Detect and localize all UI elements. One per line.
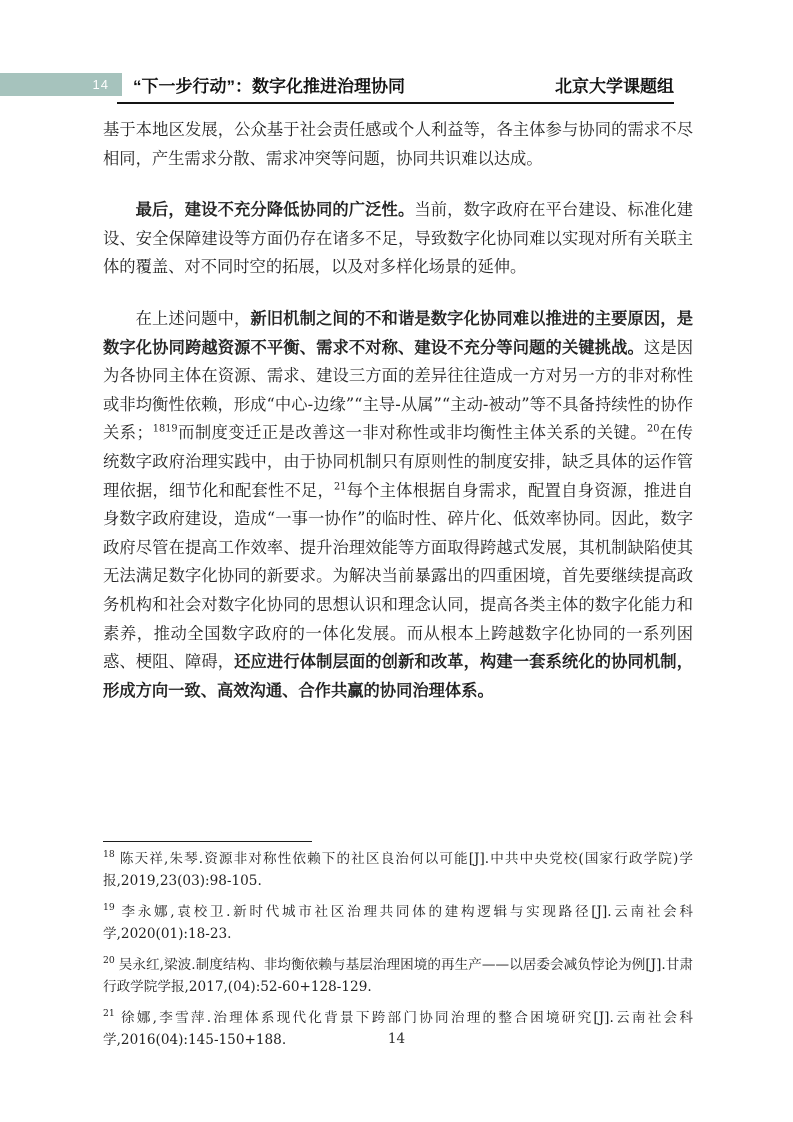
footnote-20-text: 吴永红,梁波.制度结构、非均衡依赖与基层治理困境的再生产——以居委会减负悖论为例… <box>103 957 693 995</box>
footnote-20: 20吴永红,梁波.制度结构、非均衡依赖与基层治理困境的再生产——以居委会减负悖论… <box>103 955 693 998</box>
footnote-18-number: 18 <box>103 849 115 860</box>
footer-page-number: 14 <box>0 1031 793 1047</box>
footnote-20-number: 20 <box>103 955 115 966</box>
header-right-title: 北京大学课题组 <box>555 76 674 98</box>
paragraph-continuation: 基于本地区发展，公众基于社会责任感或个人利益等，各主体参与协同的需求不尽相同，产… <box>103 116 693 173</box>
footnote-19-number: 19 <box>103 902 115 913</box>
paragraph-insufficient-construction: 最后，建设不充分降低协同的广泛性。当前，数字政府在平台建设、标准化建设、安全保障… <box>103 196 693 282</box>
header-divider <box>117 102 674 104</box>
paragraph-mechanism-analysis: 在上述问题中，新旧机制之间的不和谐是数字化协同难以推进的主要原因，是数字化协同跨… <box>103 305 693 705</box>
footnote-18: 18陈天祥,朱琴.资源非对称性依赖下的社区良治何以可能[J].中共中央党校(国家… <box>103 849 693 892</box>
document-page: 14 “下一步行动”：数字化推进治理协同 北京大学课题组 基于本地区发展，公众基… <box>0 0 793 1122</box>
footnote-19: 19李永娜,袁校卫.新时代城市社区治理共同体的建构逻辑与实现路径[J].云南社会… <box>103 902 693 945</box>
footnote-18-text: 陈天祥,朱琴.资源非对称性依赖下的社区良治何以可能[J].中共中央党校(国家行政… <box>103 851 693 889</box>
footnotes-block: 18陈天祥,朱琴.资源非对称性依赖下的社区良治何以可能[J].中共中央党校(国家… <box>103 849 693 1061</box>
footnote-21-number: 21 <box>103 1008 115 1019</box>
footnote-19-text: 李永娜,袁校卫.新时代城市社区治理共同体的建构逻辑与实现路径[J].云南社会科学… <box>103 904 693 942</box>
footnote-separator <box>103 841 312 842</box>
header-left-title: “下一步行动”：数字化推进治理协同 <box>133 76 405 98</box>
body-text-block: 基于本地区发展，公众基于社会责任感或个人利益等，各主体参与协同的需求不尽相同，产… <box>103 116 693 705</box>
page-header: “下一步行动”：数字化推进治理协同 北京大学课题组 <box>133 76 674 98</box>
header-page-number-badge: 14 <box>0 73 122 96</box>
